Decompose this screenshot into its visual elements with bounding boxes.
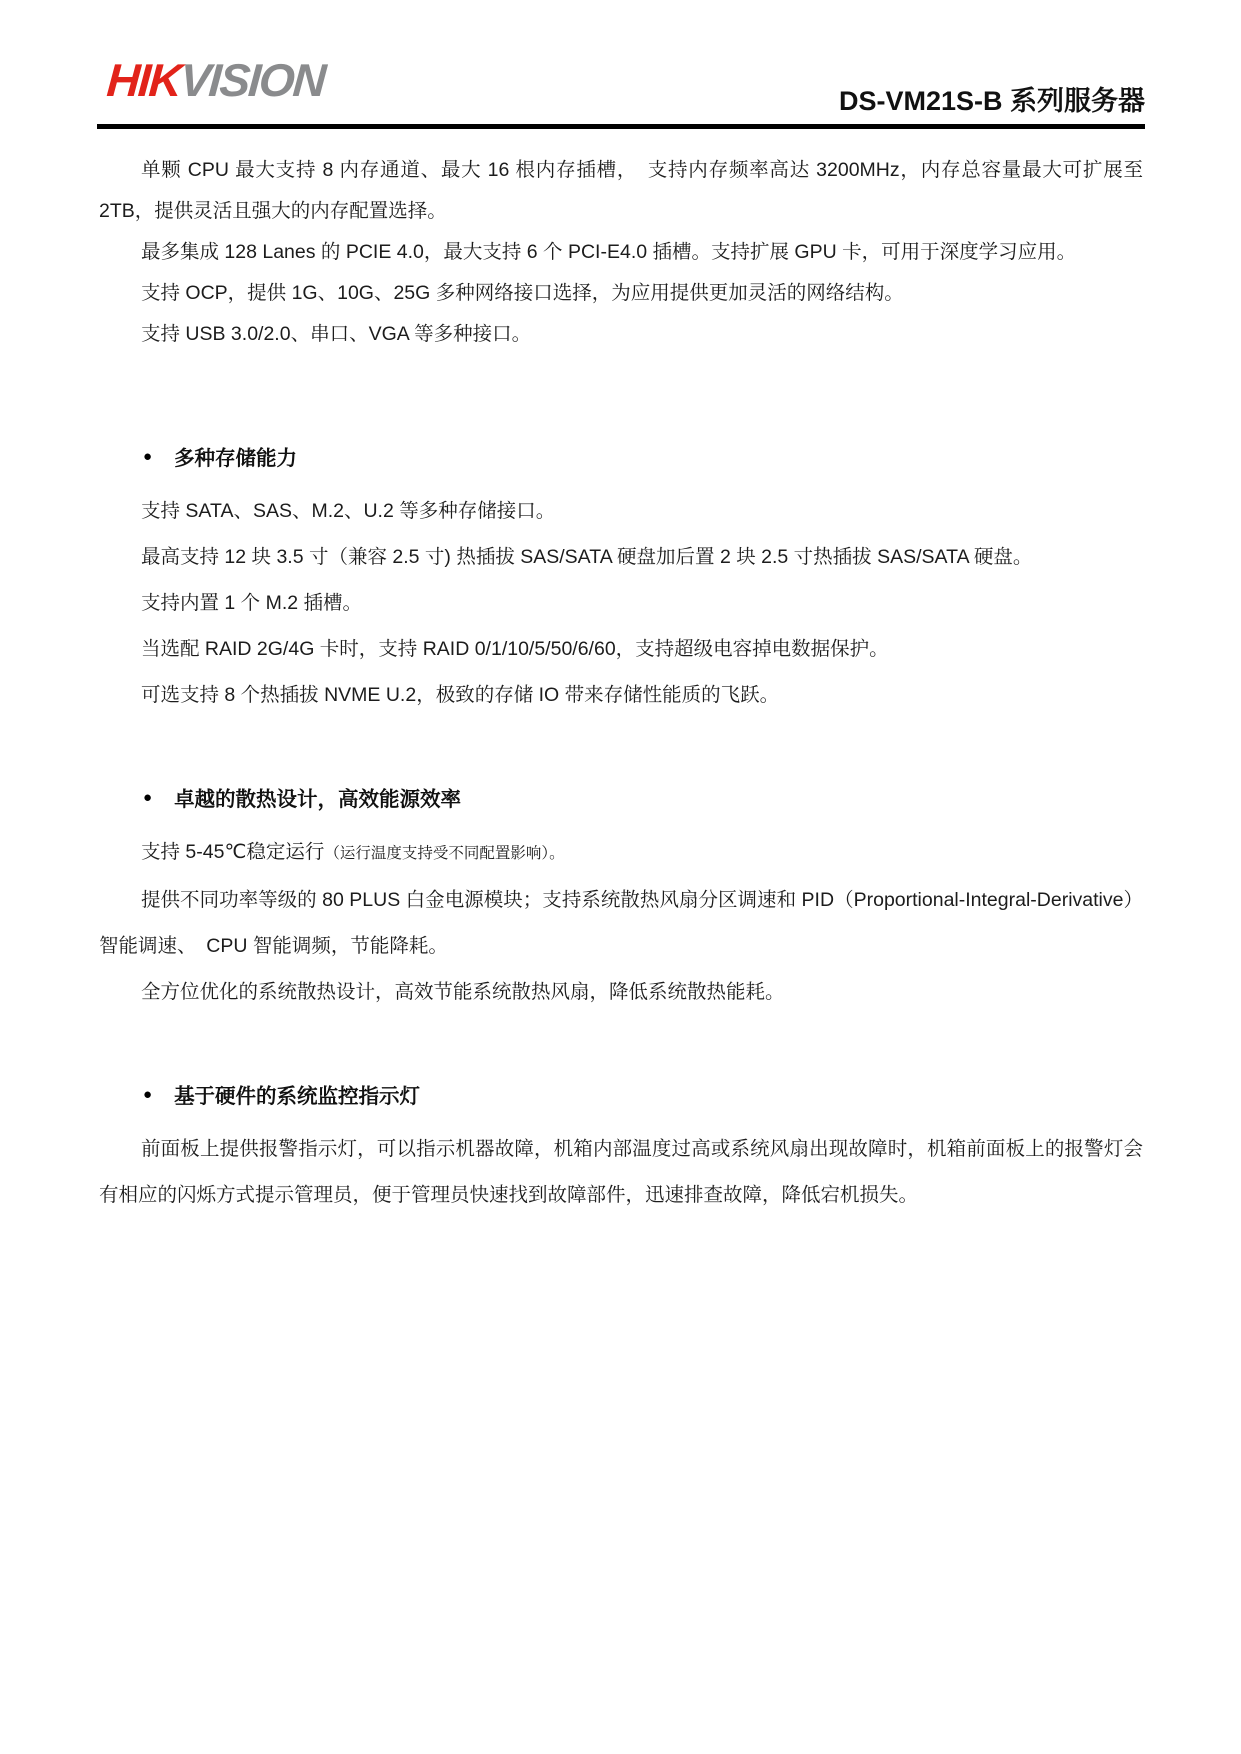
temperature-text: 支持 5-45℃稳定运行 [141, 841, 324, 863]
section-body-cooling: 支持 5-45℃稳定运行（运行温度支持受不同配置影响）。 提供不同功率等级的 8… [99, 829, 1143, 1015]
temperature-note: （运行温度支持受不同配置影响）。 [324, 845, 564, 862]
cooling-paragraph-fans: 全方位优化的系统散热设计，高效节能系统散热风扇，降低系统散热能耗。 [99, 969, 1143, 1015]
storage-paragraph-m2: 支持内置 1 个 M.2 插槽。 [99, 580, 1143, 626]
monitoring-paragraph-alarm: 前面板上提供报警指示灯，可以指示机器故障，机箱内部温度过高或系统风扇出现故障时，… [99, 1126, 1143, 1218]
bullet-icon: ● [143, 1087, 152, 1102]
intro-paragraph-network: 支持 OCP，提供 1G、10G、25G 多种网络接口选择，为应用提供更加灵活的… [99, 273, 1143, 314]
storage-paragraph-raid: 当选配 RAID 2G/4G 卡时，支持 RAID 0/1/10/5/50/6/… [99, 626, 1143, 672]
logo-text-hik: HIK [105, 54, 182, 106]
bullet-icon: ● [143, 449, 152, 464]
section-heading-monitoring: ● 基于硬件的系统监控指示灯 [99, 1071, 1143, 1116]
section-heading-text: 基于硬件的系统监控指示灯 [174, 1079, 420, 1109]
cooling-paragraph-psu: 提供不同功率等级的 80 PLUS 白金电源模块；支持系统散热风扇分区调速和 P… [99, 877, 1143, 969]
intro-paragraph-memory: 单颗 CPU 最大支持 8 内存通道、最大 16 根内存插槽， 支持内存频率高达… [99, 150, 1143, 232]
section-body-monitoring: 前面板上提供报警指示灯，可以指示机器故障，机箱内部温度过高或系统风扇出现故障时，… [99, 1126, 1143, 1218]
intro-paragraph-io: 支持 USB 3.0/2.0、串口、VGA 等多种接口。 [99, 314, 1143, 355]
hikvision-logo: HIKVISION [105, 54, 326, 106]
section-heading-storage: ● 多种存储能力 [99, 433, 1143, 478]
page-header: HIKVISION DS-VM21S-B 系列服务器 [99, 50, 1145, 120]
document-page: HIKVISION DS-VM21S-B 系列服务器 单颗 CPU 最大支持 8… [0, 0, 1241, 1754]
logo-text-vision: VISION [178, 54, 326, 106]
cooling-paragraph-temperature: 支持 5-45℃稳定运行（运行温度支持受不同配置影响）。 [99, 829, 1143, 877]
section-heading-text: 卓越的散热设计，高效能源效率 [174, 782, 461, 812]
storage-paragraph-nvme: 可选支持 8 个热插拔 NVME U.2，极致的存储 IO 带来存储性能质的飞跃… [99, 672, 1143, 718]
storage-paragraph-drives: 最高支持 12 块 3.5 寸（兼容 2.5 寸) 热插拔 SAS/SATA 硬… [99, 534, 1143, 580]
storage-paragraph-interfaces: 支持 SATA、SAS、M.2、U.2 等多种存储接口。 [99, 488, 1143, 534]
document-title: DS-VM21S-B 系列服务器 [839, 79, 1145, 118]
intro-paragraph-pcie: 最多集成 128 Lanes 的 PCIE 4.0，最大支持 6 个 PCI-E… [99, 232, 1143, 273]
section-heading-cooling: ● 卓越的散热设计，高效能源效率 [99, 774, 1143, 819]
intro-block: 单颗 CPU 最大支持 8 内存通道、最大 16 根内存插槽， 支持内存频率高达… [99, 150, 1143, 355]
section-body-storage: 支持 SATA、SAS、M.2、U.2 等多种存储接口。 最高支持 12 块 3… [99, 488, 1143, 718]
bullet-icon: ● [143, 790, 152, 805]
section-heading-text: 多种存储能力 [174, 441, 297, 471]
document-body: 单颗 CPU 最大支持 8 内存通道、最大 16 根内存插槽， 支持内存频率高达… [99, 150, 1143, 1218]
header-divider [97, 124, 1145, 129]
